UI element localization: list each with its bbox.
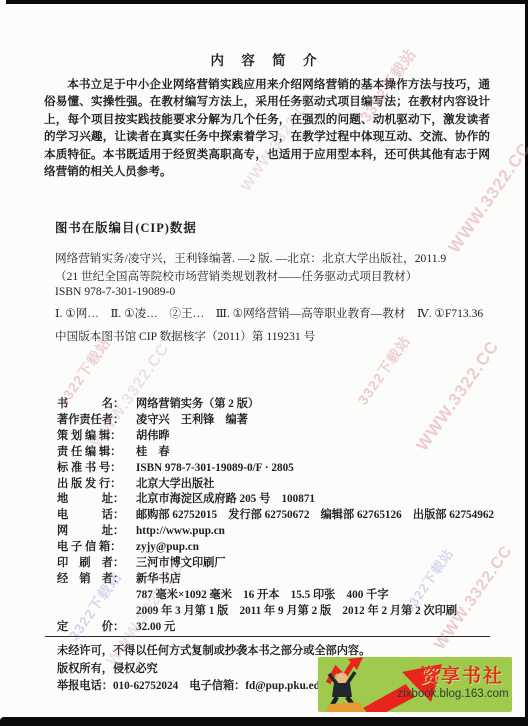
info-value: http://www.pup.cn — [136, 525, 225, 537]
rights-reserved-statement: 版权所有，侵权必究 — [57, 661, 317, 679]
cip-isbn: ISBN 978-7-301-19089-0 — [55, 285, 492, 298]
report-contact-line: 举报电话：010-62752024 电子信箱：fd@pup.pku.edu.cn — [57, 678, 317, 696]
info-row-publisher: 出 版 发 行：北京大学出版社 — [57, 477, 508, 493]
info-row-isbn: 标 准 书 号：ISBN 978-7-301-19089-0/F · 2805 — [57, 461, 508, 477]
info-row-responsible-editor: 责 任 编 辑：桂 春 — [57, 445, 508, 461]
info-value: 787 毫米×1092 毫米 16 开本 15.5 印张 400 千字 — [57, 589, 389, 601]
copyright-notice: 未经许可，不得以任何方式复制或抄袭本书之部分或全部内容。 版权所有，侵权必究 举… — [57, 643, 317, 696]
info-value: 桂 春 — [136, 446, 170, 458]
info-value: 新华书店 — [136, 573, 181, 585]
publication-info-list: 书 名：网络营销实务（第 2 版） 著作责任者：凌守兴 王利锋 编著 策 划 编… — [57, 397, 508, 636]
cip-series-statement: （21 世纪全国高等院校市场营销类规划教材——任务驱动式项目教材） — [55, 268, 492, 284]
promo-banner: 资享书社 zixbook.blog.163.com — [318, 657, 512, 712]
info-row-format: 787 毫米×1092 毫米 16 开本 15.5 印张 400 千字 — [57, 588, 508, 604]
banner-url: zixbook.blog.163.com — [396, 688, 510, 700]
horizontal-rule — [45, 636, 490, 637]
info-row-website: 网 址：http://www.pup.cn — [57, 524, 508, 540]
content-summary-title: 内 容 简 介 — [44, 49, 490, 69]
info-row-phones: 电 话：邮购部 62752015 发行部 62750672 编辑部 627651… — [57, 508, 508, 524]
info-value: 邮购部 62752015 发行部 62750672 编辑部 62765126 出… — [136, 509, 494, 521]
info-row-distributor: 经 销 者：新华书店 — [57, 572, 508, 588]
info-row-planning-editor: 策 划 编 辑：胡伟晔 — [57, 429, 508, 445]
cip-block: 图书在版编目(CIP)数据 网络营销实务/凌守兴，王利锋编著. —2 版. —北… — [55, 218, 492, 344]
info-label: 著作责任者： — [57, 413, 136, 429]
info-label: 电 话： — [57, 508, 136, 524]
info-label: 标 准 书 号： — [57, 461, 136, 477]
info-label: 定 价： — [57, 620, 136, 636]
scanned-copyright-page: 3322下载站 WWW.3322.CC WWW.3322.CC 3322下载站 … — [0, 0, 528, 726]
info-label: 网 址： — [57, 524, 136, 540]
info-label: 电 子 信 箱： — [57, 540, 136, 556]
cip-record-number: 中国版本图书馆 CIP 数据核字（2011）第 119231 号 — [55, 328, 492, 344]
content-summary-paragraph: 本书立足于中小企业网络营销实践应用来介绍网络营销的基本操作方法与技巧，通俗易懂、… — [44, 76, 490, 180]
info-value: 胡伟晔 — [136, 430, 170, 442]
info-row-editions: 2009 年 3 月第 1 版 2011 年 9 月第 2 版 2012 年 2… — [57, 604, 508, 620]
info-row-authors: 著作责任者：凌守兴 王利锋 编著 — [57, 413, 508, 429]
info-label: 出 版 发 行： — [57, 477, 136, 493]
cip-title-statement: 网络营销实务/凌守兴，王利锋编著. —2 版. —北京：北京大学出版社，2011… — [55, 250, 492, 266]
info-value: zyjy@pup.cn — [136, 541, 199, 553]
info-value: 2009 年 3 月第 1 版 2011 年 9 月第 2 版 2012 年 2… — [57, 605, 457, 617]
info-label: 印 刷 者： — [57, 556, 136, 572]
info-label: 经 销 者： — [57, 572, 136, 588]
info-value: 三河市博文印刷厂 — [136, 557, 226, 569]
info-value: ISBN 978-7-301-19089-0/F · 2805 — [136, 462, 294, 474]
info-label: 书 名： — [57, 397, 136, 413]
info-value: 32.00 元 — [136, 621, 175, 633]
info-row-title: 书 名：网络营销实务（第 2 版） — [57, 397, 508, 413]
scan-border-top — [6, 0, 528, 4]
info-label: 地 址： — [57, 492, 136, 508]
scan-border-bottom — [0, 717, 528, 726]
banner-title: 资享书社 — [414, 661, 510, 688]
info-label: 策 划 编 辑： — [57, 429, 136, 445]
info-value: 网络营销实务（第 2 版） — [136, 398, 259, 410]
cip-classification: Ⅰ. ①网… Ⅱ. ①凌… ②王… Ⅲ. ①网络营销—高等职业教育—教材 Ⅳ. … — [55, 305, 492, 321]
info-row-printer: 印 刷 者：三河市博文印刷厂 — [57, 556, 508, 572]
info-value: 凌守兴 王利锋 编著 — [136, 414, 248, 426]
info-row-price: 定 价：32.00 元 — [57, 620, 508, 636]
info-row-email: 电 子 信 箱：zyjy@pup.cn — [57, 540, 508, 556]
info-value: 北京大学出版社 — [136, 478, 214, 490]
no-copy-statement: 未经许可，不得以任何方式复制或抄袭本书之部分或全部内容。 — [57, 643, 317, 661]
info-row-address: 地 址：北京市海淀区成府路 205 号 100871 — [57, 492, 508, 508]
info-value: 北京市海淀区成府路 205 号 100871 — [136, 493, 315, 505]
cip-heading: 图书在版编目(CIP)数据 — [55, 218, 492, 236]
info-label: 责 任 编 辑： — [57, 445, 136, 461]
